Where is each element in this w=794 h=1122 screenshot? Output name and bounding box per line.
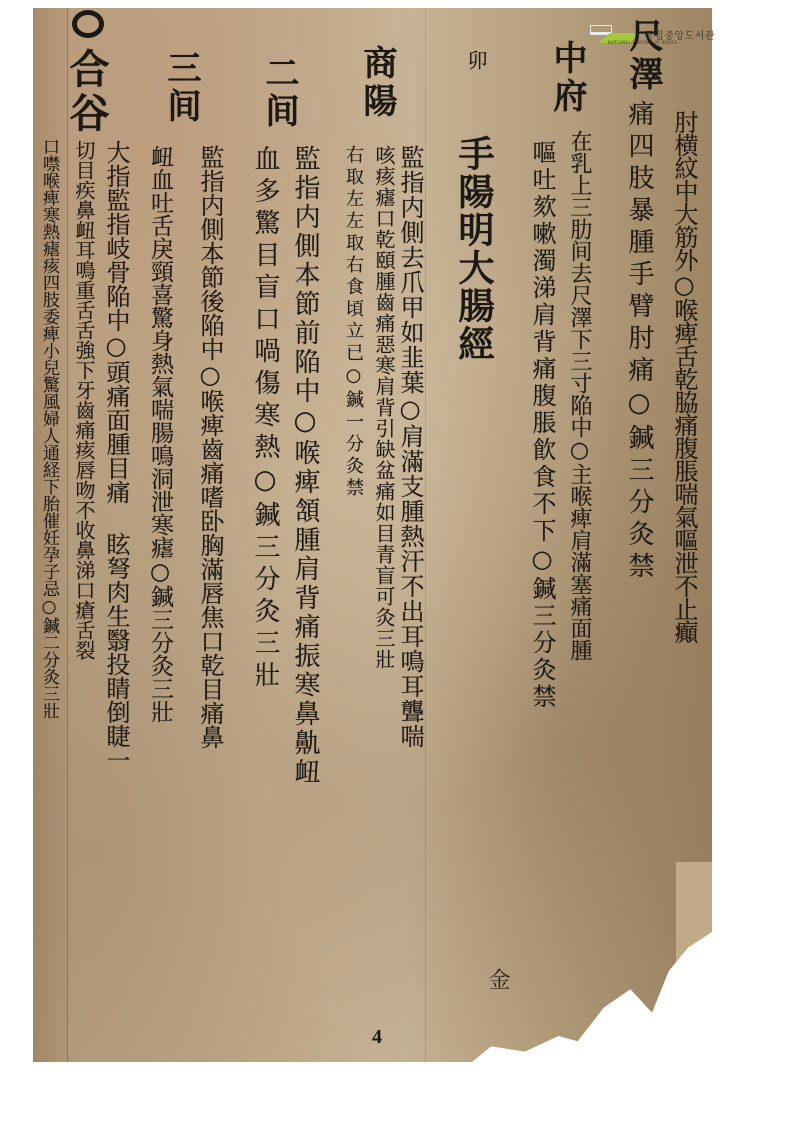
earthly-branch-mark: 卯	[466, 50, 486, 72]
point-heading-sanjian: 三间	[164, 50, 198, 126]
point-heading-hegu: 合谷	[66, 48, 106, 136]
text-column: 咳痎瘧口乾頤腫齒痛惡寒肩背引缺盆痛如目青盲可灸三壯	[374, 145, 394, 670]
text-column: 痛四肢暴腫手臂肘痛○鍼三分灸禁	[626, 100, 652, 584]
page-crease	[425, 8, 426, 1062]
text-column: 口噤喉痺寒熱瘧痎四肢委痺小兒驚風婦人通経下胎催妊孕子忌○鍼二分灸三壯	[40, 138, 57, 719]
text-column: 大指監指岐骨陥中○頭痛面腫目痛 眩弩肉生翳投睛倒睫一	[104, 140, 128, 772]
page-number: 4	[372, 1026, 382, 1049]
text-column: 血多驚目盲口喎傷寒熱○鍼三分灸三壯	[252, 145, 278, 693]
text-column: 監指内側去爪甲如韭葉○肩滿支腫熱汗不出耳鳴耳聾喘	[398, 145, 422, 749]
text-column: 衄血吐舌戾頸喜驚身熱氣喘腸鳴洞泄寒瘧○鍼三分灸三壯	[148, 145, 171, 723]
text-column: 監指内側本節前陥中○喉痺頷腫肩背痛振寒鼻鼽衄	[292, 145, 318, 787]
text-column: 切目疾鼻衄耳鳴重舌舌強下牙齒痛痎唇吻不收鼻涕口瘡舌裂	[74, 140, 94, 660]
text-column: 在乳上三肋间去尺澤下三寸陥中○主喉痺肩滿塞痛面腫	[568, 130, 590, 661]
section-circle-mark	[72, 10, 104, 38]
text-column: 嘔吐欬嗽濁涕肩背痛腹脹飮食不下○鍼三分灸禁	[530, 140, 554, 711]
point-heading-shangyang: 商陽	[360, 45, 394, 121]
point-heading-zhongfu: 中府	[550, 40, 584, 116]
point-heading-chize: 尺澤	[626, 18, 660, 94]
text-column: 監指内側本節後陥中○喉痺齒痛嗜卧胸滿唇焦口乾目痛鼻	[198, 145, 222, 749]
page-fold-line	[67, 8, 68, 1062]
signature-mark: 金	[482, 968, 513, 990]
text-column: 右取左左取右食頃立已○鍼一分灸禁	[344, 145, 362, 500]
meridian-title: 手陽明大腸經	[456, 135, 492, 363]
point-heading-erjian: 二间	[262, 55, 296, 131]
text-column: 肘横紋中大筋外○喉痺舌乾脇痛腹脹喘氣嘔泄不止癲	[672, 110, 696, 643]
